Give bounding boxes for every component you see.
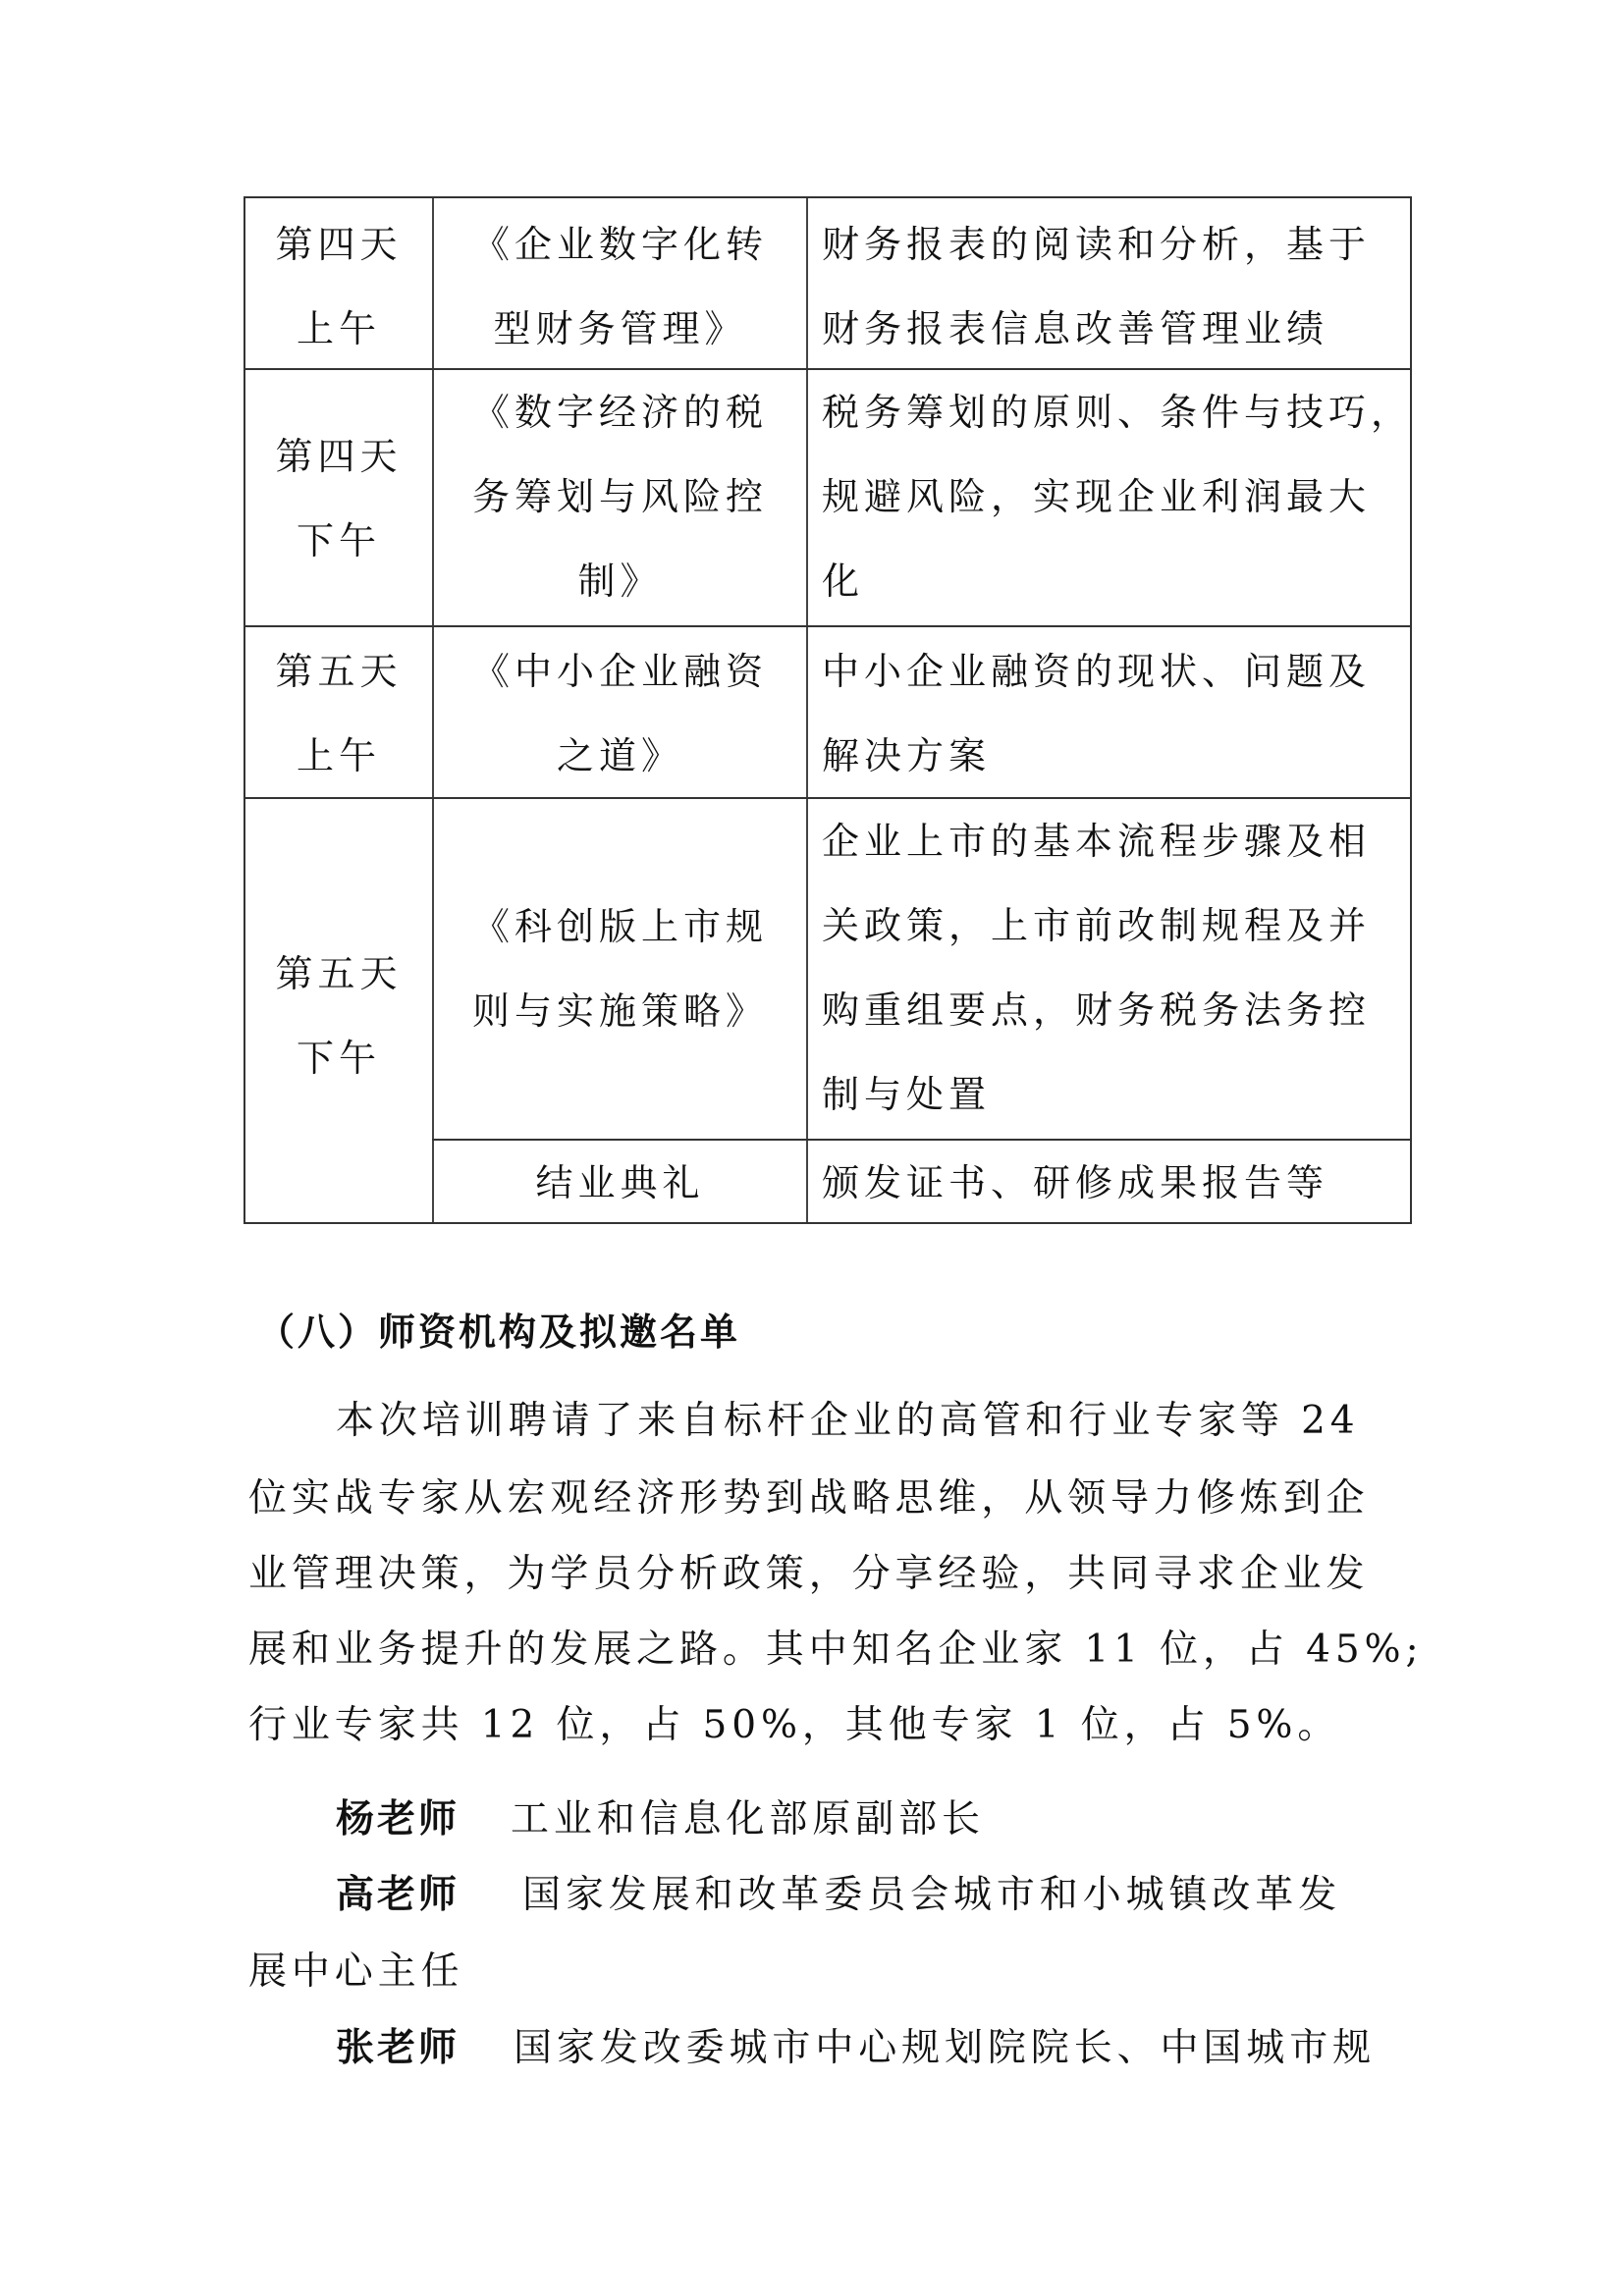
cell-text: 第四天 [245, 414, 432, 499]
table-row: 第四天 下午 《数字经济的税 务筹划与风险控 制》 税务筹划的原则、条件与技巧，… [245, 370, 1410, 625]
paragraph-line: 本次培训聘请了来自标杆企业的高管和行业专家等 24 [336, 1383, 1377, 1459]
paragraph-line: 行业专家共 12 位，占 50%，其他专家 1 位，占 5%。 [248, 1687, 1378, 1763]
cell-course: 《中小企业融资 之道》 [434, 627, 806, 797]
paragraph-line: 展和业务提升的发展之路。其中知名企业家 11 位，占 45%; [248, 1612, 1378, 1687]
cell-content: 颁发证书、研修成果报告等 [808, 1141, 1410, 1224]
cell-text: 财务报表信息改善管理业绩 [808, 287, 1410, 371]
cell-text: 之道》 [434, 714, 806, 798]
cell-text: 《科创版上市规 [434, 884, 806, 969]
cell-time: 第四天 下午 [245, 370, 432, 625]
cell-text: 第五天 [245, 629, 432, 714]
section-heading: （八）师资机构及拟邀名单 [257, 1306, 740, 1359]
cell-text: 上午 [245, 287, 432, 371]
cell-text: 关政策，上市前改制规程及并 [808, 883, 1410, 968]
cell-time: 第五天 下午 [245, 799, 432, 1222]
cell-text: 规避风险，实现企业利润最大 [808, 454, 1410, 539]
cell-text: 化 [808, 539, 1410, 623]
cell-text: 下午 [245, 1016, 432, 1100]
cell-text: 制与处置 [808, 1052, 1410, 1137]
cell-text: 务筹划与风险控 [434, 454, 806, 539]
cell-text: 财务报表的阅读和分析，基于 [808, 202, 1410, 287]
table-row: 第五天 上午 《中小企业融资 之道》 中小企业融资的现状、问题及 解决方案 [245, 627, 1410, 797]
teacher-entry: 杨老师 工业和信息化部原副部长 [336, 1782, 1465, 1857]
cell-text: 《数字经济的税 [434, 370, 806, 454]
cell-course: 《企业数字化转 型财务管理》 [434, 198, 806, 368]
cell-text: 下午 [245, 499, 432, 583]
table-row: 结业典礼 颁发证书、研修成果报告等 [434, 1141, 1410, 1224]
paragraph-line: 位实战专家从宏观经济形势到战略思维，从领导力修炼到企 [248, 1461, 1378, 1536]
cell-text: 上午 [245, 714, 432, 798]
teacher-name: 高老师 [336, 1873, 460, 1917]
cell-text: 结业典礼 [434, 1141, 806, 1225]
document-page: 第四天 上午 《企业数字化转 型财务管理》 财务报表的阅读和分析，基于 财务报表… [0, 0, 1624, 2296]
cell-text: 颁发证书、研修成果报告等 [808, 1141, 1410, 1225]
cell-text: 则与实施策略》 [434, 969, 806, 1053]
cell-content: 财务报表的阅读和分析，基于 财务报表信息改善管理业绩 [808, 198, 1410, 368]
cell-text: 《企业数字化转 [434, 202, 806, 287]
cell-content: 税务筹划的原则、条件与技巧， 规避风险，实现企业利润最大 化 [808, 370, 1410, 625]
cell-text: 型财务管理》 [434, 287, 806, 371]
teacher-name: 杨老师 [336, 1797, 460, 1842]
cell-text: 中小企业融资的现状、问题及 [808, 629, 1410, 714]
cell-content: 中小企业融资的现状、问题及 解决方案 [808, 627, 1410, 797]
paragraph-line: 业管理决策，为学员分析政策，分享经验，共同寻求企业发 [248, 1536, 1378, 1612]
cell-course: 《数字经济的税 务筹划与风险控 制》 [434, 370, 806, 625]
cell-course: 结业典礼 [434, 1141, 806, 1224]
cell-text: 企业上市的基本流程步骤及相 [808, 799, 1410, 883]
cell-time: 第四天 上午 [245, 198, 432, 368]
schedule-table: 第四天 上午 《企业数字化转 型财务管理》 财务报表的阅读和分析，基于 财务报表… [244, 196, 1412, 1224]
teacher-name: 张老师 [336, 2026, 460, 2070]
cell-time: 第五天 上午 [245, 627, 432, 797]
cell-text: 税务筹划的原则、条件与技巧， [808, 370, 1410, 454]
cell-text: 制》 [434, 539, 806, 623]
cell-text: 《中小企业融资 [434, 629, 806, 714]
cell-content: 企业上市的基本流程步骤及相 关政策，上市前改制规程及并 购重组要点，财务税务法务… [808, 799, 1410, 1139]
teacher-entry: 张老师 国家发改委城市中心规划院院长、中国城市规 [336, 2010, 1465, 2086]
cell-text: 第四天 [245, 202, 432, 287]
teacher-title: 国家发改委城市中心规划院院长、中国城市规 [514, 2010, 1376, 2086]
teacher-title: 国家发展和改革委员会城市和小城镇改革发 [522, 1857, 1341, 1933]
cell-text: 第五天 [245, 932, 432, 1016]
table-row: 第四天 上午 《企业数字化转 型财务管理》 财务报表的阅读和分析，基于 财务报表… [245, 198, 1410, 368]
cell-text: 购重组要点，财务税务法务控 [808, 968, 1410, 1052]
cell-text: 解决方案 [808, 714, 1410, 798]
teacher-entry: 高老师 国家发展和改革委员会城市和小城镇改革发 [336, 1857, 1465, 1933]
cell-course: 《科创版上市规 则与实施策略》 [434, 799, 806, 1139]
teacher-title: 工业和信息化部原副部长 [511, 1782, 985, 1857]
teacher-title-continued: 展中心主任 [248, 1934, 1378, 2009]
